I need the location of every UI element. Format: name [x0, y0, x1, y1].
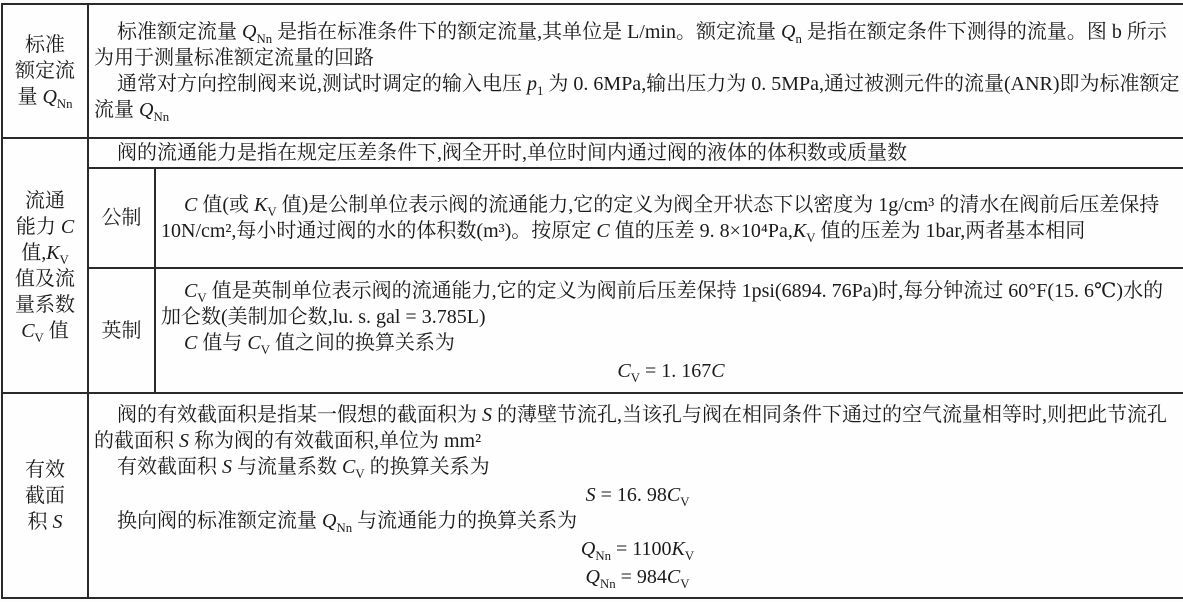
row-header-metric-unit: 公制 [88, 168, 155, 268]
paragraph-qnn-conversion-intro: 换向阀的标准额定流量 QNn 与流通能力的换算关系为 [94, 508, 1181, 534]
row-header-imperial-unit: 英制 [88, 268, 155, 393]
valve-flow-spec-table: 标准额定流量 QNn 标准额定流量 QNn 是指在标准条件下的额定流量,其单位是… [1, 3, 1183, 599]
cell-imperial-cv-value-definition: CV 值是英制单位表示阀的流通能力,它的定义为阀前后压差保持 1psi(6894… [155, 268, 1183, 393]
row-header-effective-area: 有效截面积 S [2, 393, 88, 598]
formula-qnn-equals-984cv: QNn = 984CV [94, 564, 1181, 590]
formula-s-equals-1698cv: S = 16. 98CV [94, 482, 1181, 508]
cell-flow-capacity-general-definition: 阀的流通能力是指在规定压差条件下,阀全开时,单位时间内通过阀的液体的体积数或质量… [88, 138, 1183, 168]
paragraph-metric-c-value: C 值(或 KV 值)是公制单位表示阀的流通能力,它的定义为阀全开状态下以密度为… [161, 192, 1181, 244]
paragraph-rated-flow-definition: 标准额定流量 QNn 是指在标准条件下的额定流量,其单位是 L/min。额定流量… [94, 19, 1181, 71]
paragraph-conversion-intro: C 值与 CV 值之间的换算关系为 [161, 330, 1181, 356]
formula-qnn-equals-1100kv: QNn = 1100KV [94, 536, 1181, 562]
paragraph-rated-flow-test-conditions: 通常对方向控制阀来说,测试时调定的输入电压 p1 为 0. 6MPa,输出压力为… [94, 71, 1181, 123]
scanned-document-page: 标准额定流量 QNn 标准额定流量 QNn 是指在标准条件下的额定流量,其单位是… [0, 0, 1183, 602]
paragraph-effective-area-definition: 阀的有效截面积是指某一假想的截面积为 S 的薄壁节流孔,当该孔与阀在相同条件下通… [94, 402, 1181, 454]
paragraph-s-cv-conversion-intro: 有效截面积 S 与流量系数 CV 的换算关系为 [94, 454, 1181, 480]
row-header-standard-rated-flow: 标准额定流量 QNn [2, 4, 88, 138]
cell-effective-area-definition: 阀的有效截面积是指某一假想的截面积为 S 的薄壁节流孔,当该孔与阀在相同条件下通… [88, 393, 1183, 598]
row-header-flow-capacity: 流通能力 C值,KV值及流量系数CV 值 [2, 138, 88, 393]
formula-cv-equals-1167c: CV = 1. 167C [161, 358, 1181, 384]
paragraph-imperial-cv-value: CV 值是英制单位表示阀的流通能力,它的定义为阀前后压差保持 1psi(6894… [161, 278, 1181, 330]
cell-metric-c-value-definition: C 值(或 KV 值)是公制单位表示阀的流通能力,它的定义为阀全开状态下以密度为… [155, 168, 1183, 268]
cell-standard-rated-flow-definition: 标准额定流量 QNn 是指在标准条件下的额定流量,其单位是 L/min。额定流量… [88, 4, 1183, 138]
